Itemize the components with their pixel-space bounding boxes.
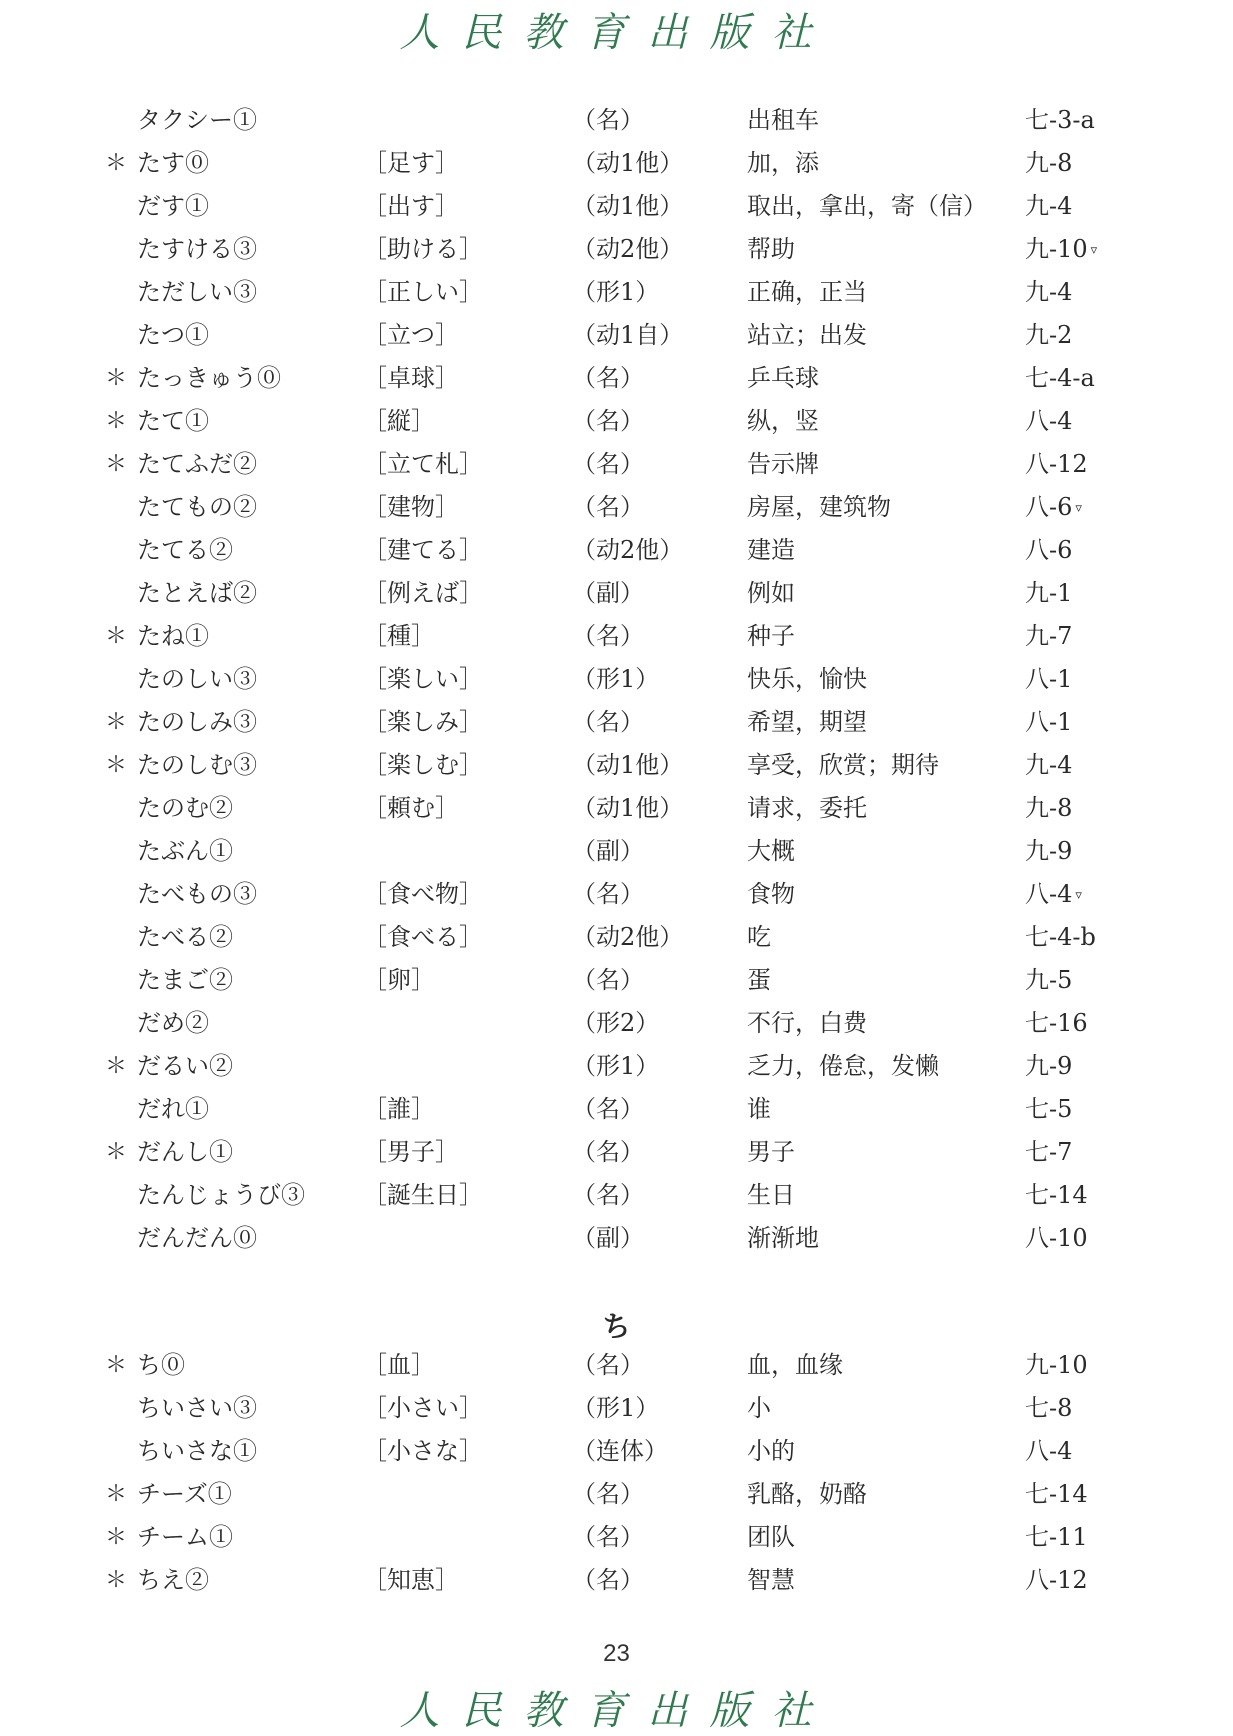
entry-part-of-speech: （动1自） [572, 314, 683, 357]
entry-meaning: 帮助 [747, 228, 795, 271]
entry-lesson-ref: 八-12 [1025, 1559, 1091, 1603]
lesson-text: 七-14 [1025, 1181, 1088, 1209]
lesson-text: 八-4 [1025, 1437, 1072, 1465]
entry-meaning: 正确，正当 [747, 271, 867, 314]
entry-reading: たべる② [137, 916, 233, 959]
lesson-text: 九-10 [1025, 1351, 1088, 1379]
vocab-entry-row: たてもの②［建物］（名）房屋，建筑物八-6▿ [0, 486, 1233, 529]
entry-reading: たてる② [137, 529, 233, 572]
entry-part-of-speech: （名） [572, 486, 644, 529]
entry-kanji: ［食べる］ [363, 916, 483, 959]
vocab-entry-row: ちいさい③［小さい］（形1）小七-8 [0, 1387, 1233, 1430]
lesson-text: 七-5 [1025, 1095, 1072, 1123]
vocab-entry-row: ＊たね①［種］（名）种子九-7 [0, 615, 1233, 658]
entry-kanji: ［楽しみ］ [363, 701, 483, 744]
entry-reading: だす① [137, 185, 209, 228]
triangle-marker-icon: ▿ [1075, 501, 1082, 516]
entry-lesson-ref: 九-7 [1025, 615, 1075, 659]
entry-kanji: ［卵］ [363, 959, 435, 1002]
new-word-star-icon: ＊ [105, 615, 127, 658]
entry-meaning: 团队 [747, 1516, 795, 1559]
lesson-text: 七-4-a [1025, 364, 1095, 392]
entry-meaning: 吃 [747, 916, 771, 959]
vocab-entry-row: ＊チーム①（名）团队七-11 [0, 1516, 1233, 1559]
entry-reading: たね① [137, 615, 209, 658]
lesson-text: 九-4 [1025, 751, 1072, 779]
entry-kanji: ［食べ物］ [363, 873, 483, 916]
entry-part-of-speech: （名） [572, 1088, 644, 1131]
lesson-text: 七-3-a [1025, 106, 1095, 134]
entry-kanji: ［誰］ [363, 1088, 435, 1131]
lesson-text: 七-4-b [1025, 923, 1096, 951]
entry-part-of-speech: （动2他） [572, 228, 683, 271]
entry-part-of-speech: （动1他） [572, 185, 683, 228]
new-word-star-icon: ＊ [105, 1045, 127, 1088]
entry-part-of-speech: （名） [572, 1473, 644, 1516]
entry-kanji: ［小さな］ [363, 1430, 483, 1473]
lesson-text: 八-12 [1025, 450, 1088, 478]
entry-meaning: 乏力，倦怠，发懒 [747, 1045, 939, 1088]
entry-part-of-speech: （动1他） [572, 142, 683, 185]
entry-part-of-speech: （名） [572, 357, 644, 400]
entry-part-of-speech: （动2他） [572, 529, 683, 572]
triangle-marker-icon: ▿ [1075, 888, 1082, 903]
vocab-entry-row: ＊たてふだ②［立て札］（名）告示牌八-12 [0, 443, 1233, 486]
entry-meaning: 建造 [747, 529, 795, 572]
page-number: 23 [0, 1640, 1233, 1668]
entry-lesson-ref: 九-5 [1025, 959, 1075, 1003]
entry-part-of-speech: （名） [572, 959, 644, 1002]
entry-kanji: ［楽しい］ [363, 658, 483, 701]
lesson-text: 八-1 [1025, 665, 1072, 693]
vocab-entry-row: ＊たて①［縦］（名）纵，竖八-4 [0, 400, 1233, 443]
entry-meaning: 请求，委托 [747, 787, 867, 830]
entry-meaning: 享受，欣赏；期待 [747, 744, 939, 787]
entry-kanji: ［楽しむ］ [363, 744, 483, 787]
entry-kanji: ［頼む］ [363, 787, 459, 830]
new-word-star-icon: ＊ [105, 443, 127, 486]
entry-lesson-ref: 七-5 [1025, 1088, 1075, 1132]
vocab-entry-row: たすける③［助ける］（动2他）帮助九-10▿ [0, 228, 1233, 271]
entry-reading: だんし① [137, 1131, 233, 1174]
entry-reading: ちいさな① [137, 1430, 257, 1473]
entry-reading: たて① [137, 400, 209, 443]
entry-kanji: ［立て札］ [363, 443, 483, 486]
new-word-star-icon: ＊ [105, 400, 127, 443]
entry-reading: たっきゅう⓪ [137, 357, 281, 400]
entry-reading: たまご② [137, 959, 233, 1002]
entry-meaning: 纵，竖 [747, 400, 819, 443]
entry-meaning: 谁 [747, 1088, 771, 1131]
lesson-text: 七-11 [1025, 1523, 1088, 1551]
entry-kanji: ［誕生日］ [363, 1174, 483, 1217]
lesson-text: 八-4 [1025, 880, 1072, 908]
lesson-text: 七-14 [1025, 1480, 1088, 1508]
entry-part-of-speech: （名） [572, 400, 644, 443]
entry-part-of-speech: （副） [572, 572, 644, 615]
entry-part-of-speech: （名） [572, 1344, 644, 1387]
vocab-entry-row: たとえば②［例えば］（副）例如九-1 [0, 572, 1233, 615]
entry-lesson-ref: 七-16 [1025, 1002, 1091, 1046]
entry-lesson-ref: 七-4-a [1025, 357, 1098, 401]
entry-meaning: 取出，拿出，寄（信） [747, 185, 987, 228]
entry-meaning: 小 [747, 1387, 771, 1430]
lesson-text: 七-16 [1025, 1009, 1088, 1037]
entry-reading: たてふだ② [137, 443, 257, 486]
entry-reading: ちえ② [137, 1559, 209, 1602]
entry-reading: タクシー① [137, 99, 257, 142]
entry-reading: たす⓪ [137, 142, 209, 185]
entry-part-of-speech: （名） [572, 1131, 644, 1174]
entry-reading: だんだん⓪ [137, 1217, 257, 1260]
entry-lesson-ref: 八-10 [1025, 1217, 1091, 1261]
vocab-entry-row: ただしい③［正しい］（形1）正确，正当九-4 [0, 271, 1233, 314]
entry-meaning: 血，血缘 [747, 1344, 843, 1387]
entry-lesson-ref: 七-7 [1025, 1131, 1075, 1175]
entry-part-of-speech: （名） [572, 1174, 644, 1217]
entry-lesson-ref: 八-4 [1025, 1430, 1075, 1474]
vocab-entry-row: タクシー①（名）出租车七-3-a [0, 99, 1233, 142]
entry-meaning: 男子 [747, 1131, 795, 1174]
entry-kanji: ［男子］ [363, 1131, 459, 1174]
lesson-text: 九-1 [1025, 579, 1072, 607]
entry-kanji: ［足す］ [363, 142, 459, 185]
entry-meaning: 乳酪，奶酪 [747, 1473, 867, 1516]
entry-meaning: 乒乓球 [747, 357, 819, 400]
entry-meaning: 不行，白费 [747, 1002, 867, 1045]
entry-reading: だれ① [137, 1088, 209, 1131]
vocab-entry-row: たてる②［建てる］（动2他）建造八-6 [0, 529, 1233, 572]
vocab-entry-row: たぶん①（副）大概九-9 [0, 830, 1233, 873]
entry-lesson-ref: 八-6 [1025, 529, 1075, 573]
entry-lesson-ref: 九-9 [1025, 830, 1075, 874]
lesson-text: 九-8 [1025, 794, 1072, 822]
vocab-entry-row: ＊だんし①［男子］（名）男子七-7 [0, 1131, 1233, 1174]
new-word-star-icon: ＊ [105, 142, 127, 185]
publisher-logo-header: 人民教育出版社 [0, 8, 1233, 58]
new-word-star-icon: ＊ [105, 701, 127, 744]
entry-meaning: 告示牌 [747, 443, 819, 486]
new-word-star-icon: ＊ [105, 1559, 127, 1602]
entry-reading: ただしい③ [137, 271, 257, 314]
entry-lesson-ref: 九-8 [1025, 787, 1075, 831]
entry-lesson-ref: 七-8 [1025, 1387, 1075, 1431]
entry-reading: たのむ② [137, 787, 233, 830]
entry-meaning: 生日 [747, 1174, 795, 1217]
entry-meaning: 小的 [747, 1430, 795, 1473]
entry-lesson-ref: 八-4 [1025, 400, 1075, 444]
entry-kanji: ［小さい］ [363, 1387, 483, 1430]
entry-lesson-ref: 九-4 [1025, 185, 1075, 229]
lesson-text: 九-4 [1025, 278, 1072, 306]
entry-kanji: ［縦］ [363, 400, 435, 443]
new-word-star-icon: ＊ [105, 744, 127, 787]
lesson-text: 九-7 [1025, 622, 1072, 650]
entry-meaning: 食物 [747, 873, 795, 916]
entry-kanji: ［助ける］ [363, 228, 483, 271]
entry-part-of-speech: （形1） [572, 1387, 659, 1430]
entry-kanji: ［建物］ [363, 486, 459, 529]
entry-lesson-ref: 九-1 [1025, 572, 1075, 616]
entry-part-of-speech: （名） [572, 701, 644, 744]
entry-lesson-ref: 九-4 [1025, 271, 1075, 315]
entry-lesson-ref: 九-4 [1025, 744, 1075, 788]
vocab-entry-row: だす①［出す］（动1他）取出，拿出，寄（信）九-4 [0, 185, 1233, 228]
new-word-star-icon: ＊ [105, 1131, 127, 1174]
entry-lesson-ref: 九-8 [1025, 142, 1075, 186]
entry-kanji: ［種］ [363, 615, 435, 658]
lesson-text: 九-2 [1025, 321, 1072, 349]
entry-lesson-ref: 七-14 [1025, 1473, 1091, 1517]
lesson-text: 八-10 [1025, 1224, 1088, 1252]
entry-lesson-ref: 八-6▿ [1025, 486, 1082, 530]
entry-meaning: 蛋 [747, 959, 771, 1002]
vocab-entry-row: ＊たっきゅう⓪［卓球］（名）乒乓球七-4-a [0, 357, 1233, 400]
vocab-entry-row: たのしい③［楽しい］（形1）快乐，愉快八-1 [0, 658, 1233, 701]
lesson-text: 九-8 [1025, 149, 1072, 177]
entry-reading: たのしむ③ [137, 744, 257, 787]
entry-part-of-speech: （形1） [572, 271, 659, 314]
vocab-entry-row: たべる②［食べる］（动2他）吃七-4-b [0, 916, 1233, 959]
entry-part-of-speech: （名） [572, 873, 644, 916]
lesson-text: 七-8 [1025, 1394, 1072, 1422]
vocab-entry-row: ＊ちえ②［知恵］（名）智慧八-12 [0, 1559, 1233, 1602]
entry-reading: たつ① [137, 314, 209, 357]
entry-part-of-speech: （名） [572, 1559, 644, 1602]
new-word-star-icon: ＊ [105, 1516, 127, 1559]
entry-part-of-speech: （动2他） [572, 916, 683, 959]
entry-reading: たのしい③ [137, 658, 257, 701]
lesson-text: 八-12 [1025, 1566, 1088, 1594]
entry-kanji: ［卓球］ [363, 357, 459, 400]
entry-part-of-speech: （名） [572, 615, 644, 658]
lesson-text: 九-9 [1025, 837, 1072, 865]
vocab-entry-row: たんじょうび③［誕生日］（名）生日七-14 [0, 1174, 1233, 1217]
entry-part-of-speech: （副） [572, 1217, 644, 1260]
entry-part-of-speech: （名） [572, 443, 644, 486]
entry-part-of-speech: （名） [572, 1516, 644, 1559]
lesson-text: 九-4 [1025, 192, 1072, 220]
entry-reading: たてもの② [137, 486, 257, 529]
entry-lesson-ref: 九-10▿ [1025, 228, 1097, 272]
lesson-text: 八-6 [1025, 536, 1072, 564]
entry-lesson-ref: 八-1 [1025, 658, 1075, 702]
entry-part-of-speech: （形2） [572, 1002, 659, 1045]
entry-reading: たすける③ [137, 228, 257, 271]
entry-part-of-speech: （副） [572, 830, 644, 873]
vocab-entry-row: たまご②［卵］（名）蛋九-5 [0, 959, 1233, 1002]
entry-meaning: 希望，期望 [747, 701, 867, 744]
entry-meaning: 种子 [747, 615, 795, 658]
vocab-entry-row: ちいさな①［小さな］（连体）小的八-4 [0, 1430, 1233, 1473]
entry-reading: チーム① [137, 1516, 233, 1559]
entry-meaning: 加，添 [747, 142, 819, 185]
entry-meaning: 大概 [747, 830, 795, 873]
entry-reading: たぶん① [137, 830, 233, 873]
entry-part-of-speech: （形1） [572, 1045, 659, 1088]
entry-reading: たのしみ③ [137, 701, 257, 744]
entry-meaning: 快乐，愉快 [747, 658, 867, 701]
entry-meaning: 例如 [747, 572, 795, 615]
entry-reading: だるい② [137, 1045, 233, 1088]
entry-kanji: ［例えば］ [363, 572, 483, 615]
entry-reading: だめ② [137, 1002, 209, 1045]
vocab-entry-row: ＊チーズ①（名）乳酪，奶酪七-14 [0, 1473, 1233, 1516]
lesson-text: 八-1 [1025, 708, 1072, 736]
vocab-entry-row: ＊たのしむ③［楽しむ］（动1他）享受，欣赏；期待九-4 [0, 744, 1233, 787]
vocab-entry-row: だめ②（形2）不行，白费七-16 [0, 1002, 1233, 1045]
vocab-entry-row: ＊たす⓪［足す］（动1他）加，添九-8 [0, 142, 1233, 185]
entry-lesson-ref: 九-2 [1025, 314, 1075, 358]
entry-part-of-speech: （连体） [572, 1430, 668, 1473]
vocab-entry-row: だんだん⓪（副）渐渐地八-10 [0, 1217, 1233, 1260]
entry-lesson-ref: 八-1 [1025, 701, 1075, 745]
entry-meaning: 渐渐地 [747, 1217, 819, 1260]
vocab-entry-row: ＊たのしみ③［楽しみ］（名）希望，期望八-1 [0, 701, 1233, 744]
vocab-entry-row: たつ①［立つ］（动1自）站立；出发九-2 [0, 314, 1233, 357]
new-word-star-icon: ＊ [105, 1344, 127, 1387]
entry-meaning: 房屋，建筑物 [747, 486, 891, 529]
entry-reading: たべもの③ [137, 873, 257, 916]
vocab-entry-row: ＊ち⓪［血］（名）血，血缘九-10 [0, 1344, 1233, 1387]
entry-lesson-ref: 九-9 [1025, 1045, 1075, 1089]
entry-part-of-speech: （动1他） [572, 787, 683, 830]
entry-reading: たとえば② [137, 572, 257, 615]
entry-kanji: ［建てる］ [363, 529, 483, 572]
lesson-text: 七-7 [1025, 1138, 1072, 1166]
lesson-text: 九-10 [1025, 235, 1088, 263]
lesson-text: 九-5 [1025, 966, 1072, 994]
entry-lesson-ref: 九-10 [1025, 1344, 1091, 1388]
entry-kanji: ［知恵］ [363, 1559, 459, 1602]
publisher-logo-footer: 人民教育出版社 [0, 1686, 1233, 1736]
vocab-entry-row: だれ①［誰］（名）谁七-5 [0, 1088, 1233, 1131]
entry-meaning: 站立；出发 [747, 314, 867, 357]
new-word-star-icon: ＊ [105, 357, 127, 400]
lesson-text: 八-4 [1025, 407, 1072, 435]
entry-lesson-ref: 八-4▿ [1025, 873, 1082, 917]
triangle-marker-icon: ▿ [1091, 243, 1098, 258]
entry-kanji: ［立つ］ [363, 314, 459, 357]
entry-reading: チーズ① [137, 1473, 232, 1516]
vocab-entry-row: たべもの③［食べ物］（名）食物八-4▿ [0, 873, 1233, 916]
vocab-entry-row: たのむ②［頼む］（动1他）请求，委托九-8 [0, 787, 1233, 830]
entry-reading: ちいさい③ [137, 1387, 257, 1430]
lesson-text: 九-9 [1025, 1052, 1072, 1080]
vocab-entry-row: ＊だるい②（形1）乏力，倦怠，发懒九-9 [0, 1045, 1233, 1088]
entry-part-of-speech: （动1他） [572, 744, 683, 787]
entry-reading: ち⓪ [137, 1344, 185, 1387]
entry-meaning: 智慧 [747, 1559, 795, 1602]
entry-lesson-ref: 八-12 [1025, 443, 1091, 487]
entry-lesson-ref: 七-14 [1025, 1174, 1091, 1218]
entry-reading: たんじょうび③ [137, 1174, 305, 1217]
entry-kanji: ［血］ [363, 1344, 435, 1387]
entry-meaning: 出租车 [747, 99, 819, 142]
entry-lesson-ref: 七-3-a [1025, 99, 1098, 143]
lesson-text: 八-6 [1025, 493, 1072, 521]
entry-kanji: ［出す］ [363, 185, 459, 228]
new-word-star-icon: ＊ [105, 1473, 127, 1516]
entry-lesson-ref: 七-11 [1025, 1516, 1091, 1560]
entry-part-of-speech: （形1） [572, 658, 659, 701]
entry-lesson-ref: 七-4-b [1025, 916, 1099, 960]
entry-part-of-speech: （名） [572, 99, 644, 142]
section-heading-chi: ち [0, 1305, 1233, 1345]
entry-kanji: ［正しい］ [363, 271, 483, 314]
